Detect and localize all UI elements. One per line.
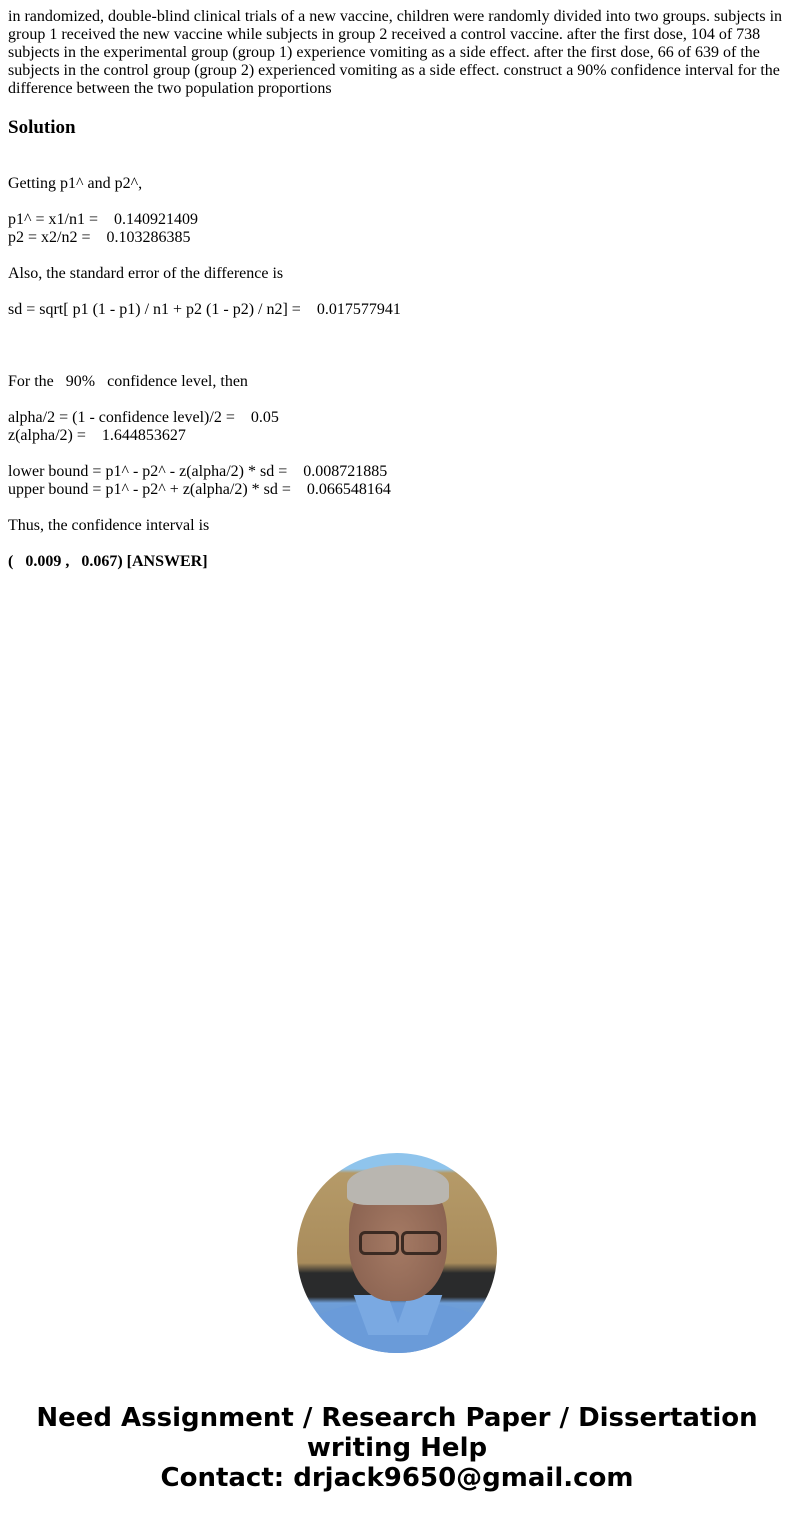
solution-line-se-intro: Also, the standard error of the differen…	[8, 265, 283, 283]
promo-banner: Need Assignment / Research Paper / Disse…	[0, 1403, 794, 1493]
solution-line-z: z(alpha/2) = 1.644853627	[8, 427, 186, 445]
solution-line-p1: p1^ = x1/n1 = 0.140921409	[8, 211, 198, 229]
avatar-glasses-right	[401, 1231, 441, 1255]
solution-line-lower-bound: lower bound = p1^ - p2^ - z(alpha/2) * s…	[8, 463, 387, 481]
tutor-avatar	[297, 1153, 497, 1353]
avatar-hair	[347, 1165, 449, 1205]
solution-answer: ( 0.009 , 0.067) [ANSWER]	[8, 553, 208, 571]
solution-line-intro: Getting p1^ and p2^,	[8, 175, 142, 193]
solution-line-p2: p2 = x2/n2 = 0.103286385	[8, 229, 191, 247]
solution-line-conclusion: Thus, the confidence interval is	[8, 517, 209, 535]
solution-heading: Solution	[8, 117, 76, 139]
solution-line-confidence-level: For the 90% confidence level, then	[8, 373, 248, 391]
promo-line-2: writing Help	[0, 1433, 794, 1463]
solution-line-alpha: alpha/2 = (1 - confidence level)/2 = 0.0…	[8, 409, 279, 427]
promo-line-1: Need Assignment / Research Paper / Disse…	[0, 1403, 794, 1433]
solution-line-sd: sd = sqrt[ p1 (1 - p1) / n1 + p2 (1 - p2…	[8, 301, 401, 319]
promo-contact: Contact: drjack9650@gmail.com	[0, 1463, 794, 1493]
avatar-glasses-left	[359, 1231, 399, 1255]
solution-line-upper-bound: upper bound = p1^ - p2^ + z(alpha/2) * s…	[8, 481, 391, 499]
question-text: in randomized, double-blind clinical tri…	[8, 8, 788, 98]
